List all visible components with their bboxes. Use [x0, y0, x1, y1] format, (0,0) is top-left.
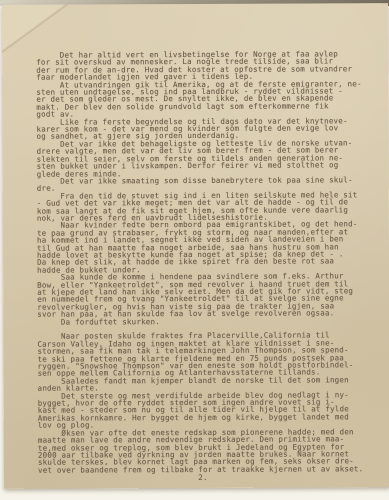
paragraph: Det var ikke det behageligste og lettest… [37, 139, 367, 177]
paragraph: Like fra ferste begyndelse og til dags d… [36, 117, 366, 141]
paragraph: Det har altid vert en livsbetingelse for… [36, 50, 366, 81]
paragraph: Saa kunde de komme i hendene paa svindle… [37, 272, 367, 318]
paragraph: Naar kvinder fedte bern ombord paa emigr… [37, 221, 367, 274]
paragraph: At utvandringen gik til Amerika, og at d… [36, 80, 366, 118]
corner-fold [2, 5, 74, 57]
paragraph: Øksen var ofte det eneste redskap som pi… [38, 428, 368, 474]
page-number: 2. [38, 473, 368, 482]
scanned-document-page: Det har altid vert en livsbetingelse for… [0, 0, 389, 500]
paper-sheet: Det har altid vert en livsbetingelse for… [2, 3, 389, 489]
typewritten-text: Det har altid vert en livsbetingelse for… [36, 50, 368, 481]
paragraph: Naar posten skulde fraktes fra Placervil… [37, 332, 367, 378]
paragraph: Det sterste og mest verdifulde arbeide b… [38, 391, 368, 429]
paragraph: Da forduftet skurken. [37, 317, 367, 326]
paragraph: Fra den tid de stuvet sig ind i en liten… [37, 191, 367, 222]
